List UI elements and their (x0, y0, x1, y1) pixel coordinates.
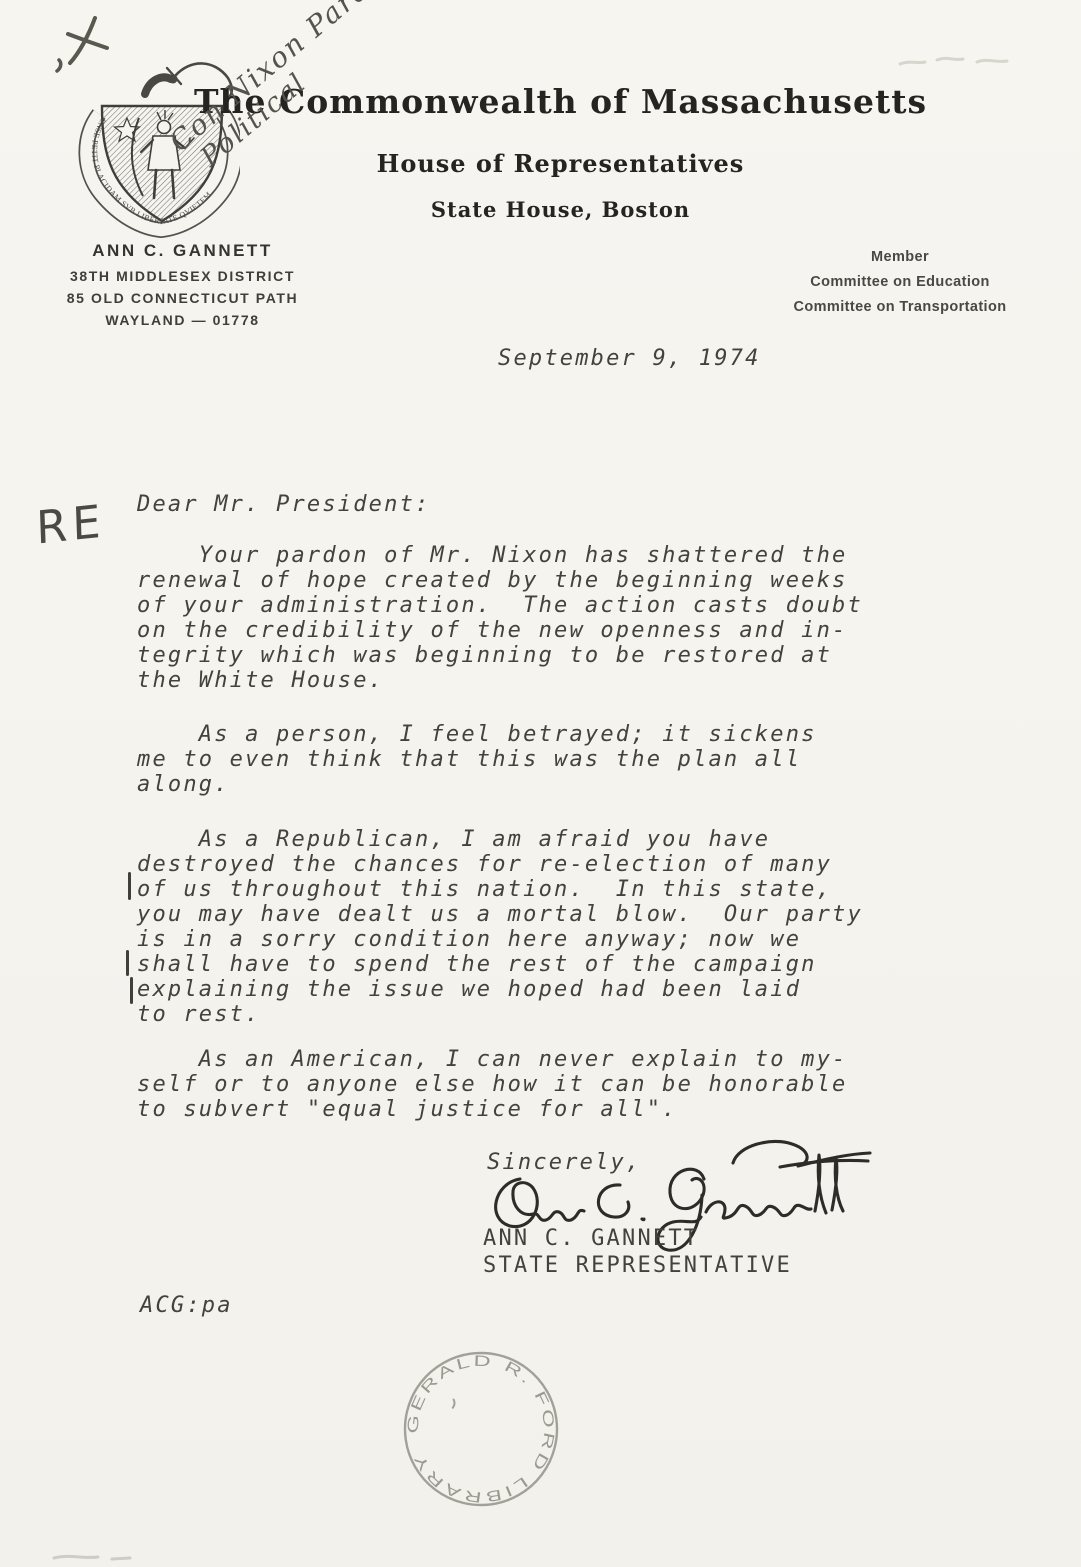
margin-emphasis-mark-3 (130, 977, 133, 1004)
member-label: Member (770, 249, 1030, 265)
representative-name: ANN C. GANNETT (40, 241, 325, 261)
representative-address-block: ANN C. GANNETT 38TH MIDDLESEX DISTRICT 8… (40, 241, 325, 334)
salutation: Dear Mr. President: (137, 492, 430, 517)
committee-membership-block: Member Committee on Education Committee … (770, 249, 1030, 324)
representative-town: WAYLAND — 01778 (40, 312, 325, 328)
handwritten-re-note: RE (35, 494, 106, 554)
representative-street: 85 OLD CONNECTICUT PATH (40, 290, 325, 306)
svg-text:GERALD R. FORD LIBRARY: GERALD R. FORD LIBRARY (395, 1343, 567, 1516)
stamp-text: GERALD R. FORD LIBRARY (395, 1343, 567, 1516)
committee-transportation: Committee on Transportation (770, 299, 1030, 315)
typed-signer-title: STATE REPRESENTATIVE (483, 1253, 792, 1279)
scan-artifact-dash (50, 1552, 170, 1564)
letter-page: ENSE PETIT PLACIDAM SVB LIBERTATE QVIETE… (0, 0, 1081, 1567)
typist-initials: ACG:pa (140, 1293, 233, 1318)
paragraph-3: As a Republican, I am afraid you have de… (137, 827, 863, 1027)
scan-artifact-mark (895, 52, 1025, 72)
margin-emphasis-mark-2 (126, 950, 129, 976)
typed-signer-name: ANN C. GANNETT (483, 1226, 699, 1252)
paragraph-4: As an American, I can never explain to m… (137, 1047, 847, 1122)
committee-education: Committee on Education (770, 274, 1030, 290)
letter-date: September 9, 1974 (498, 346, 761, 371)
margin-emphasis-mark-1 (128, 872, 131, 900)
paragraph-1: Your pardon of Mr. Nixon has shattered t… (137, 543, 863, 693)
letterhead-address: State House, Boston (40, 197, 1081, 222)
ford-library-stamp: GERALD R. FORD LIBRARY (392, 1340, 572, 1520)
paragraph-2: As a person, I feel betrayed; it sickens… (137, 722, 817, 797)
representative-district: 38TH MIDDLESEX DISTRICT (40, 268, 325, 284)
